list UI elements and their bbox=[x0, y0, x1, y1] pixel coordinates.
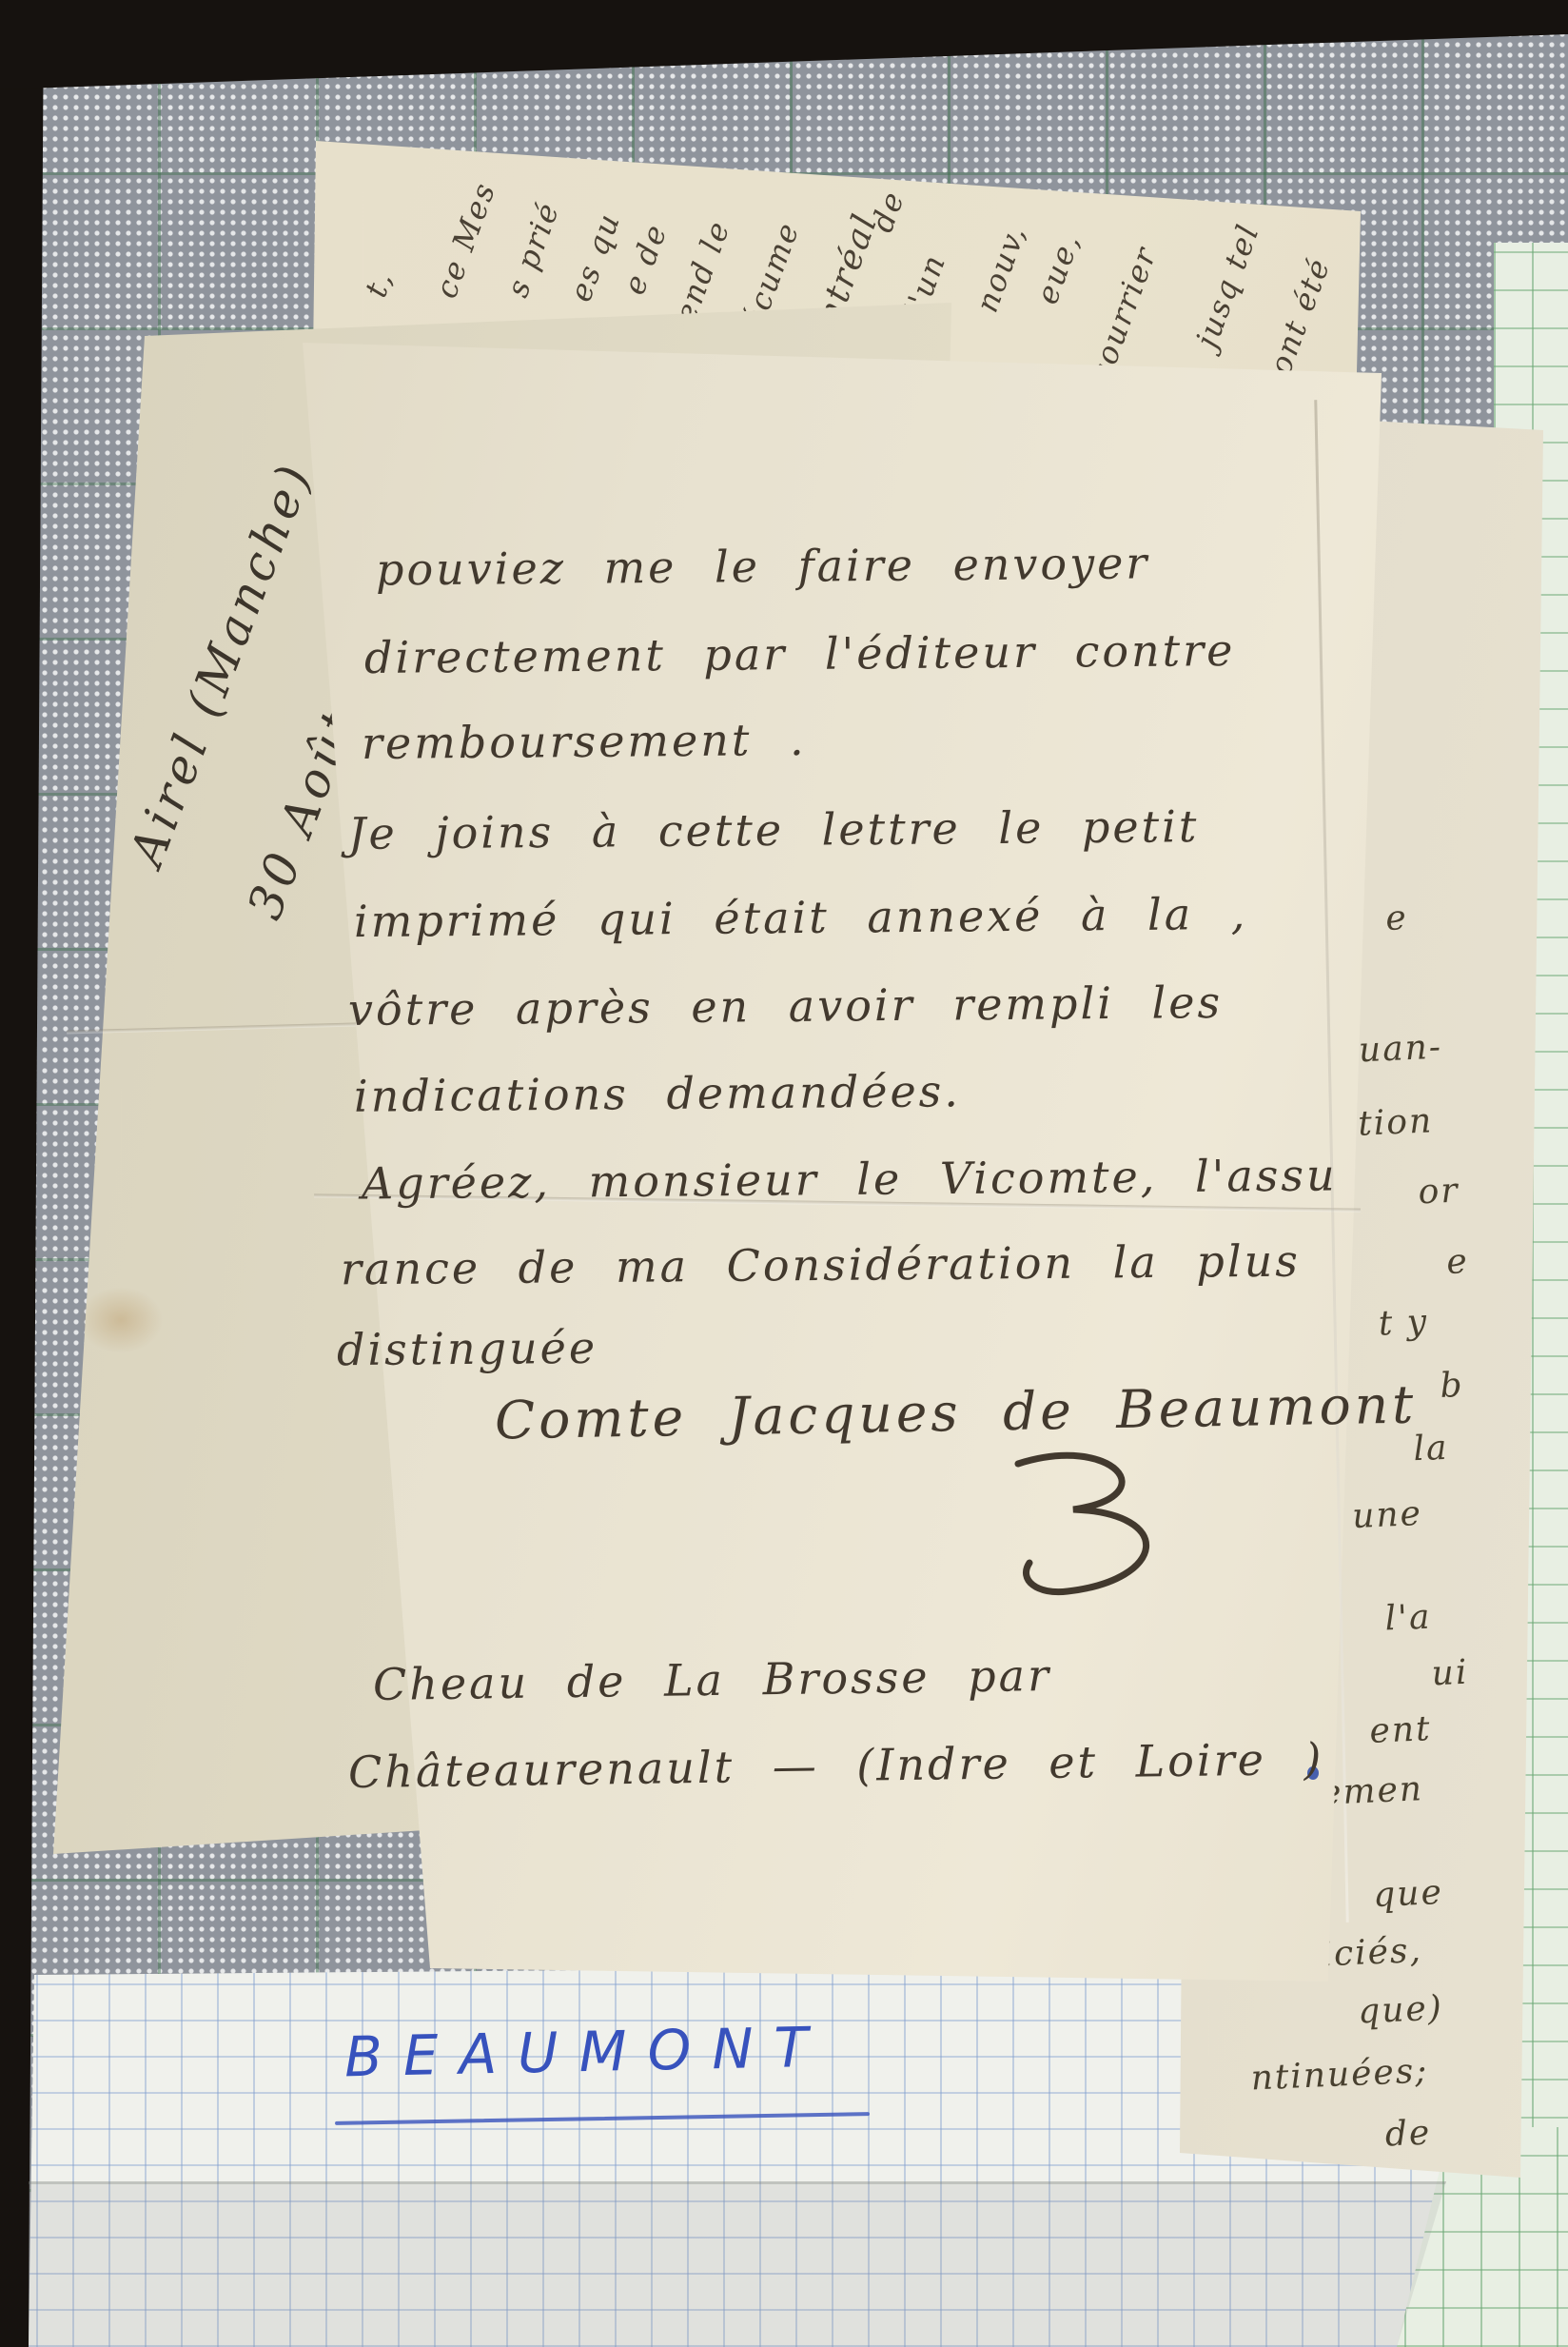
address-line: Cheau de La Brosse par bbox=[373, 1649, 1052, 1710]
letter-line: rance de ma Considération la plus bbox=[341, 1235, 1301, 1295]
handwriting-fragment: l'a bbox=[1384, 1597, 1433, 1638]
handwriting-fragment: t y bbox=[1378, 1302, 1429, 1343]
handwriting-fragment: que bbox=[1372, 1873, 1443, 1915]
letter-line: Agréez, monsieur le Vicomte, l'assu bbox=[362, 1150, 1338, 1210]
handwriting-fragment: de bbox=[1384, 2113, 1432, 2154]
handwriting-fragment: emen bbox=[1320, 1769, 1424, 1813]
letter-line: vôtre après en avoir rempli les bbox=[348, 976, 1224, 1035]
letter-line: indications demandées. bbox=[354, 1065, 961, 1122]
handwriting-fragment: b bbox=[1440, 1366, 1465, 1406]
handwriting-fragment: la bbox=[1413, 1429, 1450, 1469]
handwriting-fragment: uan- bbox=[1358, 1028, 1443, 1071]
letter-line: remboursement . bbox=[362, 714, 807, 769]
handwriting-fragment: or bbox=[1418, 1172, 1460, 1213]
letter-line: distinguée bbox=[337, 1322, 598, 1375]
label-strip-fold bbox=[29, 2181, 1456, 2347]
handwriting-fragment: que) bbox=[1357, 1989, 1443, 2032]
letter-line: pouviez me le faire envoyer bbox=[376, 537, 1150, 595]
letter-line: directement par l'éditeur contre bbox=[364, 624, 1236, 683]
archive-label-name: BEAUMONT bbox=[343, 2015, 829, 2090]
handwriting-fragment: une bbox=[1351, 1494, 1422, 1536]
handwriting-fragment: ent bbox=[1369, 1709, 1433, 1751]
handwriting-fragment: e bbox=[1445, 1242, 1469, 1282]
letter-line: imprimé qui était annexé à la , bbox=[354, 888, 1248, 947]
letter-line: Je joins à cette lettre le petit bbox=[348, 800, 1200, 859]
handwriting-fragment: ui bbox=[1431, 1653, 1469, 1694]
photo-of-handwritten-letters: t, ce Mes s prié es qu e de end le l'écu… bbox=[0, 0, 1568, 2347]
handwriting-fragment: ntinuées; bbox=[1250, 2051, 1429, 2098]
paper-stain bbox=[78, 1287, 164, 1353]
handwriting-fragment: e bbox=[1384, 898, 1408, 938]
signature-paraph-flourish bbox=[980, 1447, 1199, 1608]
